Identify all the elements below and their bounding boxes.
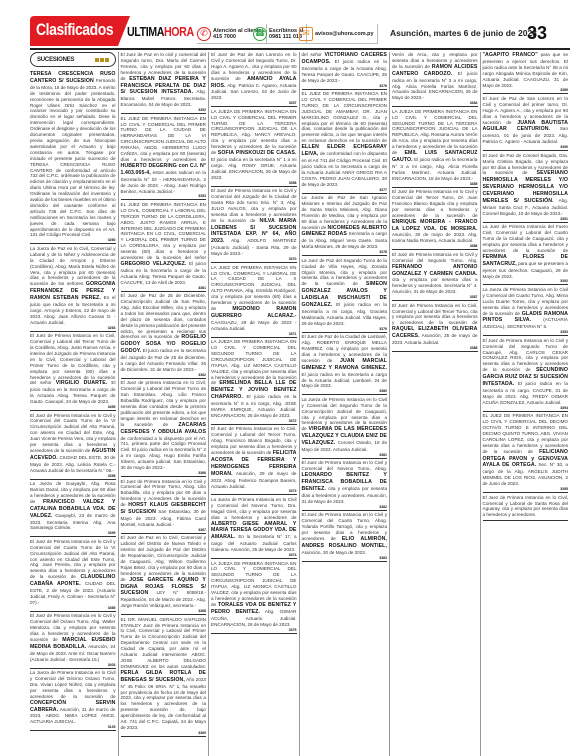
notice-code: 3371 xyxy=(211,332,297,336)
mail-icon: ✉ xyxy=(299,27,313,41)
notice-code: 3381 xyxy=(302,453,388,457)
decedent-name: VIRGILIO DUARTE. xyxy=(56,380,108,386)
notice-code: 3386 xyxy=(392,244,478,248)
column-5: Verón de Arca, cita y emplaza por sesent… xyxy=(389,52,480,756)
legal-notice: EL JUEZ DE PRIMERA INSTANCIA EN LO CIVIL… xyxy=(302,91,388,194)
legal-notice: EL JUEZ DE PRIMERA INSTANCIA EN LO CIVIL… xyxy=(121,116,207,201)
notice-code: 3403 xyxy=(30,663,116,667)
notice-code: 3391 xyxy=(483,217,569,221)
legal-notice: El Juez de primera instancia en lo Civil… xyxy=(121,380,207,477)
legal-notice: El Juez de Paz en lo Civil, Comercial y … xyxy=(121,535,207,615)
notice-code: 3358 xyxy=(211,181,297,185)
legal-notice: El Juez de Primera Instancia en lo Civil… xyxy=(30,333,116,411)
legal-notice: El Juez de Primera Instancia en lo Civil… xyxy=(392,189,478,250)
legal-notice: El Juez de Primera Instancia en lo Civil… xyxy=(30,413,116,480)
notice-code: 3376 xyxy=(302,84,388,88)
column-4: del señor VICTORIANO CACERES OCAMPOS. El… xyxy=(299,52,390,756)
legal-notice: del señor VICTORIANO CACERES OCAMPOS. El… xyxy=(302,52,388,90)
legal-notice: La Juez de Primera Instancia del Fuero C… xyxy=(483,224,569,285)
decedent-name: SOFIA PINSKOUZI DE CASAS. xyxy=(218,150,297,156)
legal-notice: El Juez de Paz de la Ciudad de Lambaré, … xyxy=(302,334,388,395)
legal-notice: LA JUEZA DE PRIMERA INSTANCIA EN LO CIVI… xyxy=(211,561,297,634)
notice-code: 3125 xyxy=(30,725,116,729)
page-header: Clasificados ULTIMAHORA ✆ Atención al cl… xyxy=(0,0,580,45)
notice-code: 3380 xyxy=(302,389,388,393)
notice-code: 3399 xyxy=(30,531,116,535)
notice-code: 3389 xyxy=(483,88,569,92)
legal-notice: Verón de Arca, cita y emplaza por sesent… xyxy=(392,52,478,107)
phone-icon: ✆ xyxy=(197,27,211,41)
legal-notice: La Jueza de Primera Instancia en lo Civi… xyxy=(483,287,569,336)
notice-code: 3368 xyxy=(121,609,207,613)
contact-email: ✉ avisos@uhora.com.py xyxy=(299,24,378,44)
legal-notice: El Juez de Primera Instancia en lo Civil… xyxy=(392,252,478,301)
notice-code: 3383 xyxy=(302,556,388,560)
column-2: El Juez de Paz en lo civil y comercial d… xyxy=(118,52,209,756)
notice-code: 3393 xyxy=(483,330,569,334)
page-number: 33 xyxy=(527,23,547,44)
notice-code: 3384 xyxy=(392,101,478,105)
notice-code: 3260 xyxy=(30,238,116,242)
notice-code: 3367 xyxy=(121,528,207,532)
decedent-name: FERNANDO ANTONIO GONZALEZ Y CARMEN CANDI… xyxy=(392,264,478,277)
notice-code: 3263 xyxy=(30,326,116,330)
legal-notice: La Jueza de Primera Instancia en lo Civi… xyxy=(302,397,388,459)
legal-notice: El Juez de Paz de San Lorenzo en lo Civi… xyxy=(483,96,569,151)
section-title-block: Clasificados xyxy=(30,16,130,46)
legal-notice: El Juez de Primera Instancia en lo Civil… xyxy=(211,188,297,263)
legal-notice: "AGAPITO FRANCO" para que se presenten a… xyxy=(483,52,569,94)
legal-notice: LA JUEZA DE PRIMERA INSTANCIA EN LO CIVI… xyxy=(211,339,297,425)
notice-code: 3379 xyxy=(302,327,388,331)
section-title: Clasificados xyxy=(36,20,113,40)
newspaper-logo: ULTIMAHORA xyxy=(127,24,194,39)
notice-code: 3387 xyxy=(392,295,478,299)
legal-notice: El Juez de Primera Instancia en lo Civil… xyxy=(302,460,388,510)
legal-notice: La Jueza de Paz en lo Civil, Comercial y… xyxy=(30,246,116,332)
notice-code: 3353 xyxy=(121,194,207,198)
legal-notice: El Juez de Primera Instancia en lo Civil… xyxy=(211,426,297,495)
notice-code: 3390 xyxy=(483,145,569,149)
column-1: SUCESIONES TERESA CRESCENCIA RUSO CANTER… xyxy=(30,52,118,756)
notice-code: 3373 xyxy=(211,489,297,493)
decedent-name: ENRIQUE MOREIRA - FRANCO LA LOPEZ VDA. D… xyxy=(392,219,478,232)
legal-notice: LA JUEZ DE PRIMERA INSTANCIA EN LO CIVIL… xyxy=(211,265,297,338)
legal-notice: El Juez de Paz de 25 de Diciembre, Circu… xyxy=(121,293,207,379)
legal-notice: La Jueza de Primera Instancia en lo Civi… xyxy=(211,497,297,559)
notice-code: 3455 xyxy=(30,405,116,409)
legal-notice: El Juez de Paz de San Lorenzo en lo Civi… xyxy=(211,52,297,107)
notice-code: 3370 xyxy=(211,257,297,261)
legal-notice: El Juez de Paz de Coronel Bogado, Dra. M… xyxy=(483,153,569,223)
legal-notice: La Jueza de Paz de San Ignacio Misiones … xyxy=(302,195,388,256)
decedent-name: "AGAPITO FRANCO" xyxy=(483,52,538,58)
legal-notice: El Juez de Primera Instancia en lo Civil… xyxy=(483,495,569,522)
column-6: "AGAPITO FRANCO" para que se presenten a… xyxy=(480,52,571,756)
header-rule xyxy=(30,48,570,50)
legal-notice: La Juez de Paz del Segundo Turno de la C… xyxy=(302,258,388,333)
notice-code: 3366 xyxy=(121,471,207,475)
legal-notice: EL JUEZ DE PRIMERA INSTANCIA EN LO CIVIL… xyxy=(483,413,569,493)
notices-columns: SUCESIONES TERESA CRESCENCIA RUSO CANTER… xyxy=(30,52,570,756)
whatsapp-icon: ☎ xyxy=(253,27,267,41)
legal-notice: El Juez de Primera Instancia en lo Civil… xyxy=(30,613,116,668)
legal-notice: LA JUEZA DE PRIMERA INSTANCIA EN LO CIVI… xyxy=(392,109,478,188)
issue-date: Asunción, martes 6 de junio de 2023 xyxy=(390,28,537,38)
legal-notice: El Juez de Primera Instancia en lo Civil… xyxy=(483,338,569,412)
notice-code: 3394 xyxy=(483,406,569,410)
notice-code: 3395 xyxy=(483,487,569,491)
decedent-name: GREGORIO VELAZQUEZ. xyxy=(121,261,187,267)
notice-code: 3352 xyxy=(121,108,207,112)
legal-notice: La Jueza de Guayaybí, Abg. Rosa Barrios … xyxy=(30,481,116,537)
section-tag: SUCESIONES xyxy=(30,52,116,67)
notice-code: 3361 xyxy=(121,286,207,290)
notice-code: 3392 xyxy=(483,279,569,283)
legal-notice: El Juez de Primera Instancia en lo Civil… xyxy=(392,303,478,352)
legal-notice: LA JUEZA DE PRIMERA INSTANCIA EN LO CIVI… xyxy=(211,109,297,187)
notice-code: 3369 xyxy=(121,731,207,735)
notice-code: 3357 xyxy=(211,101,297,105)
notice-code: 3398 xyxy=(30,474,116,478)
notice-code: 3377 xyxy=(302,188,388,192)
notice-code: 3385 xyxy=(392,182,478,186)
notice-code: 3382 xyxy=(302,505,388,509)
notice-code: 3372 xyxy=(211,419,297,423)
legal-notice: TERESA CRESCENCIA RUSO CANTERO S/ SUCESI… xyxy=(30,71,116,244)
legal-notice: El Juez de Paz en lo civil y comercial d… xyxy=(121,52,207,114)
legal-notice: El Juez de Primera Instancia en lo Civil… xyxy=(302,512,388,561)
legal-notice: EL DR. MANUEL GERALDO SAIFILDIN STANLEY … xyxy=(121,617,207,737)
legal-notice: El Juez de Primera Instancia en lo Civil… xyxy=(30,539,116,612)
notice-code: 3362 xyxy=(121,373,207,377)
notice-code: 3388 xyxy=(392,346,478,350)
legal-notice: El Juez de Primera Instancia en lo Civil… xyxy=(121,479,207,534)
column-3: El Juez de Paz de San Lorenzo en lo Civi… xyxy=(208,52,299,756)
notice-code: 3374 xyxy=(211,553,297,557)
notice-code: 3378 xyxy=(302,250,388,254)
legal-notice: La Jueza de Primera Instancia en lo Civi… xyxy=(30,670,116,731)
family-icon xyxy=(95,58,109,62)
notice-code: 3365 xyxy=(30,606,116,610)
legal-notice: EL JUEZ DE PRIMERA INSTANCIA EN LO CIVIL… xyxy=(121,202,207,292)
notice-code: 3375 xyxy=(211,628,297,632)
